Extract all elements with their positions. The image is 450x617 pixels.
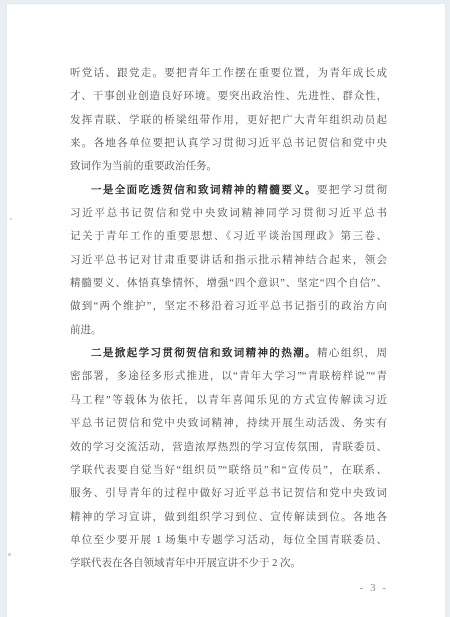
text-line: 来。各地各单位要把认真学习贯彻习近平总书记贺信和党中央	[70, 132, 387, 155]
document-page: 听党话、跟党走。要把青年工作摆在重要位置，为青年成长成才、干事创业创造良好环境。…	[7, 4, 445, 617]
text-line: 前进。	[70, 319, 387, 342]
text-line: 二是掀起学习贯彻贺信和致词精神的热潮。精心组织，周	[70, 342, 387, 365]
text-line: 习近平总书记贺信和党中央致词精神同学习贯彻习近平总书	[70, 202, 387, 225]
document-body: 听党话、跟党走。要把青年工作摆在重要位置，为青年成长成才、干事创业创造良好环境。…	[70, 62, 387, 576]
text-line: 才、干事创业创造良好环境。要突出政治性、先进性、群众性，	[70, 85, 387, 108]
text-line: 单位至少要开展 1 场集中专题学习活动，每位全国青联委员、	[70, 529, 387, 552]
paragraph-lead-bold: 一是全面吃透贺信和致词精神的精髓要义。	[91, 185, 317, 196]
text-line: 学联代表在各自领域青年中开展宣讲不少于 2 次。	[70, 552, 387, 575]
text-line: 致词作为当前的重要政治任务。	[70, 155, 387, 178]
text-line: 服务、引导青年的过程中做好习近平总书记贺信和党中央致词	[70, 482, 387, 505]
text-line: 听党话、跟党走。要把青年工作摆在重要位置，为青年成长成	[70, 62, 387, 85]
text-line: 做到“两个维护”，坚定不移沿着习近平总书记指引的政治方向	[70, 295, 387, 318]
text-line: 一是全面吃透贺信和致词精神的精髓要义。要把学习贯彻	[70, 179, 387, 202]
page-number: - 3 -	[360, 582, 388, 594]
text-line: 学联代表要自觉当好“组织员”“联络员”和“宣传员”，在联系、	[70, 459, 387, 482]
text-line: 发挥青联、学联的桥梁纽带作用，更好把广大青年组织动员起	[70, 109, 387, 132]
text-line: 精神的学习宣讲，做到组织学习到位、宣传解读到位。各地各	[70, 506, 387, 529]
text-line: 平总书记贺信和党中央致词精神，持续开展生动活泼、务实有	[70, 412, 387, 435]
scan-speckle	[10, 218, 12, 220]
text-line: 马工程”等载体为依托，以青年喜闻乐见的方式宣传解读习近	[70, 389, 387, 412]
scan-speckle	[8, 553, 11, 556]
text-line: 习近平总书记对甘肃重要讲话和指示批示精神结合起来，领会	[70, 249, 387, 272]
paragraph-lead-bold: 二是掀起学习贯彻贺信和致词精神的热潮。	[91, 348, 317, 359]
text-line: 精髓要义、体悟真挚情怀，增强“四个意识”、坚定“四个自信”、	[70, 272, 387, 295]
text-line: 记关于青年工作的重要思想、《习近平谈治国理政》第三卷、	[70, 225, 387, 248]
text-line: 效的学习交流活动，营造浓厚热烈的学习宣传氛围，青联委员、	[70, 436, 387, 459]
text-line: 密部署，多途径多形式推进，以“青年大学习”“青联榜样说”“青	[70, 365, 387, 388]
scanned-document-view: 听党话、跟党走。要把青年工作摆在重要位置，为青年成长成才、干事创业创造良好环境。…	[0, 0, 450, 617]
